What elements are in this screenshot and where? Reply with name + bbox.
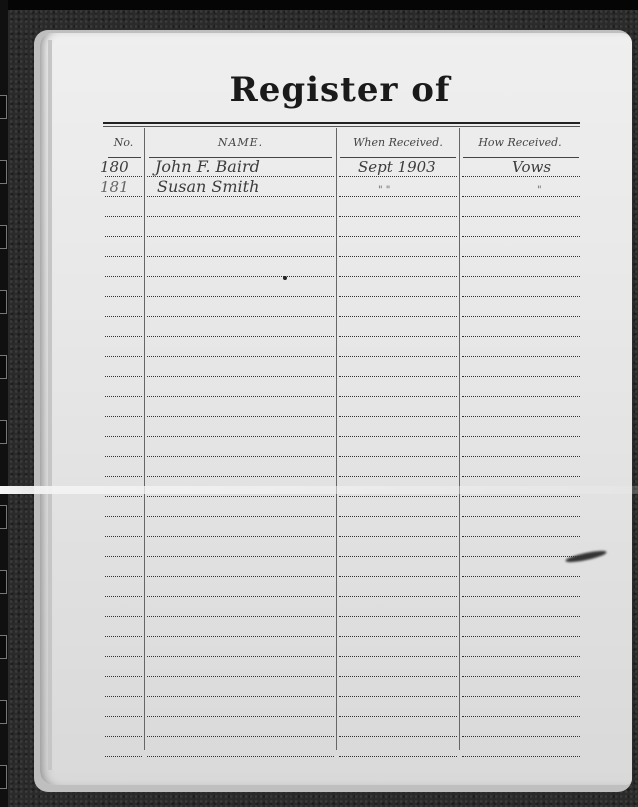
table-row-blank bbox=[0, 737, 638, 757]
entry-name: Susan Smith bbox=[157, 177, 259, 196]
table-row-blank bbox=[0, 357, 638, 377]
column-header-how: How Received. bbox=[460, 136, 580, 149]
binding-ring bbox=[0, 95, 7, 119]
dotted-rule bbox=[105, 756, 142, 757]
table-row-blank bbox=[0, 697, 638, 717]
table-row-blank bbox=[0, 217, 638, 237]
entry-number: 180 bbox=[100, 158, 129, 176]
entry-when-received: Sept 1903 bbox=[358, 158, 436, 176]
table-row-blank bbox=[0, 237, 638, 257]
page-title: Register of bbox=[200, 70, 480, 110]
table-row: 181 Susan Smith " " " bbox=[0, 177, 638, 197]
table-row-blank bbox=[0, 617, 638, 637]
header-rule bbox=[103, 122, 580, 124]
entry-how-received: " bbox=[537, 185, 542, 196]
table-row-blank bbox=[0, 717, 638, 737]
table-row-blank bbox=[0, 497, 638, 517]
dotted-rule bbox=[462, 756, 580, 757]
dotted-rule bbox=[147, 756, 334, 757]
entry-when-received: " " bbox=[378, 185, 390, 196]
table-row-blank bbox=[0, 677, 638, 697]
column-header-when: When Received. bbox=[337, 136, 459, 149]
entry-name: John F. Baird bbox=[155, 157, 260, 176]
table-row-blank bbox=[0, 657, 638, 677]
entry-number: 181 bbox=[100, 178, 129, 196]
scan-top-border bbox=[0, 0, 638, 10]
header-rule-thin bbox=[103, 126, 580, 127]
table-row-blank bbox=[0, 397, 638, 417]
table-row-blank bbox=[0, 197, 638, 217]
column-header-no: No. bbox=[103, 136, 144, 149]
table-row-blank bbox=[0, 337, 638, 357]
table-row-blank bbox=[0, 597, 638, 617]
table-row-blank bbox=[0, 277, 638, 297]
table-row-blank bbox=[0, 257, 638, 277]
entry-how-received: Vows bbox=[512, 158, 551, 176]
table-row-blank bbox=[0, 417, 638, 437]
table-row-blank bbox=[0, 557, 638, 577]
dotted-rule bbox=[339, 756, 457, 757]
table-row-blank bbox=[0, 437, 638, 457]
table-row: 180 John F. Baird Sept 1903 Vows bbox=[0, 157, 638, 177]
table-row-blank bbox=[0, 537, 638, 557]
table-row-blank bbox=[0, 517, 638, 537]
table-row-blank bbox=[0, 317, 638, 337]
scan-light-streak bbox=[0, 486, 638, 494]
table-row-blank bbox=[0, 297, 638, 317]
table-row-blank bbox=[0, 637, 638, 657]
column-header-name: NAME. bbox=[145, 136, 336, 149]
ink-spot bbox=[283, 276, 287, 280]
table-row-blank bbox=[0, 457, 638, 477]
binding-ring bbox=[0, 765, 7, 789]
table-row-blank bbox=[0, 577, 638, 597]
table-row-blank bbox=[0, 377, 638, 397]
